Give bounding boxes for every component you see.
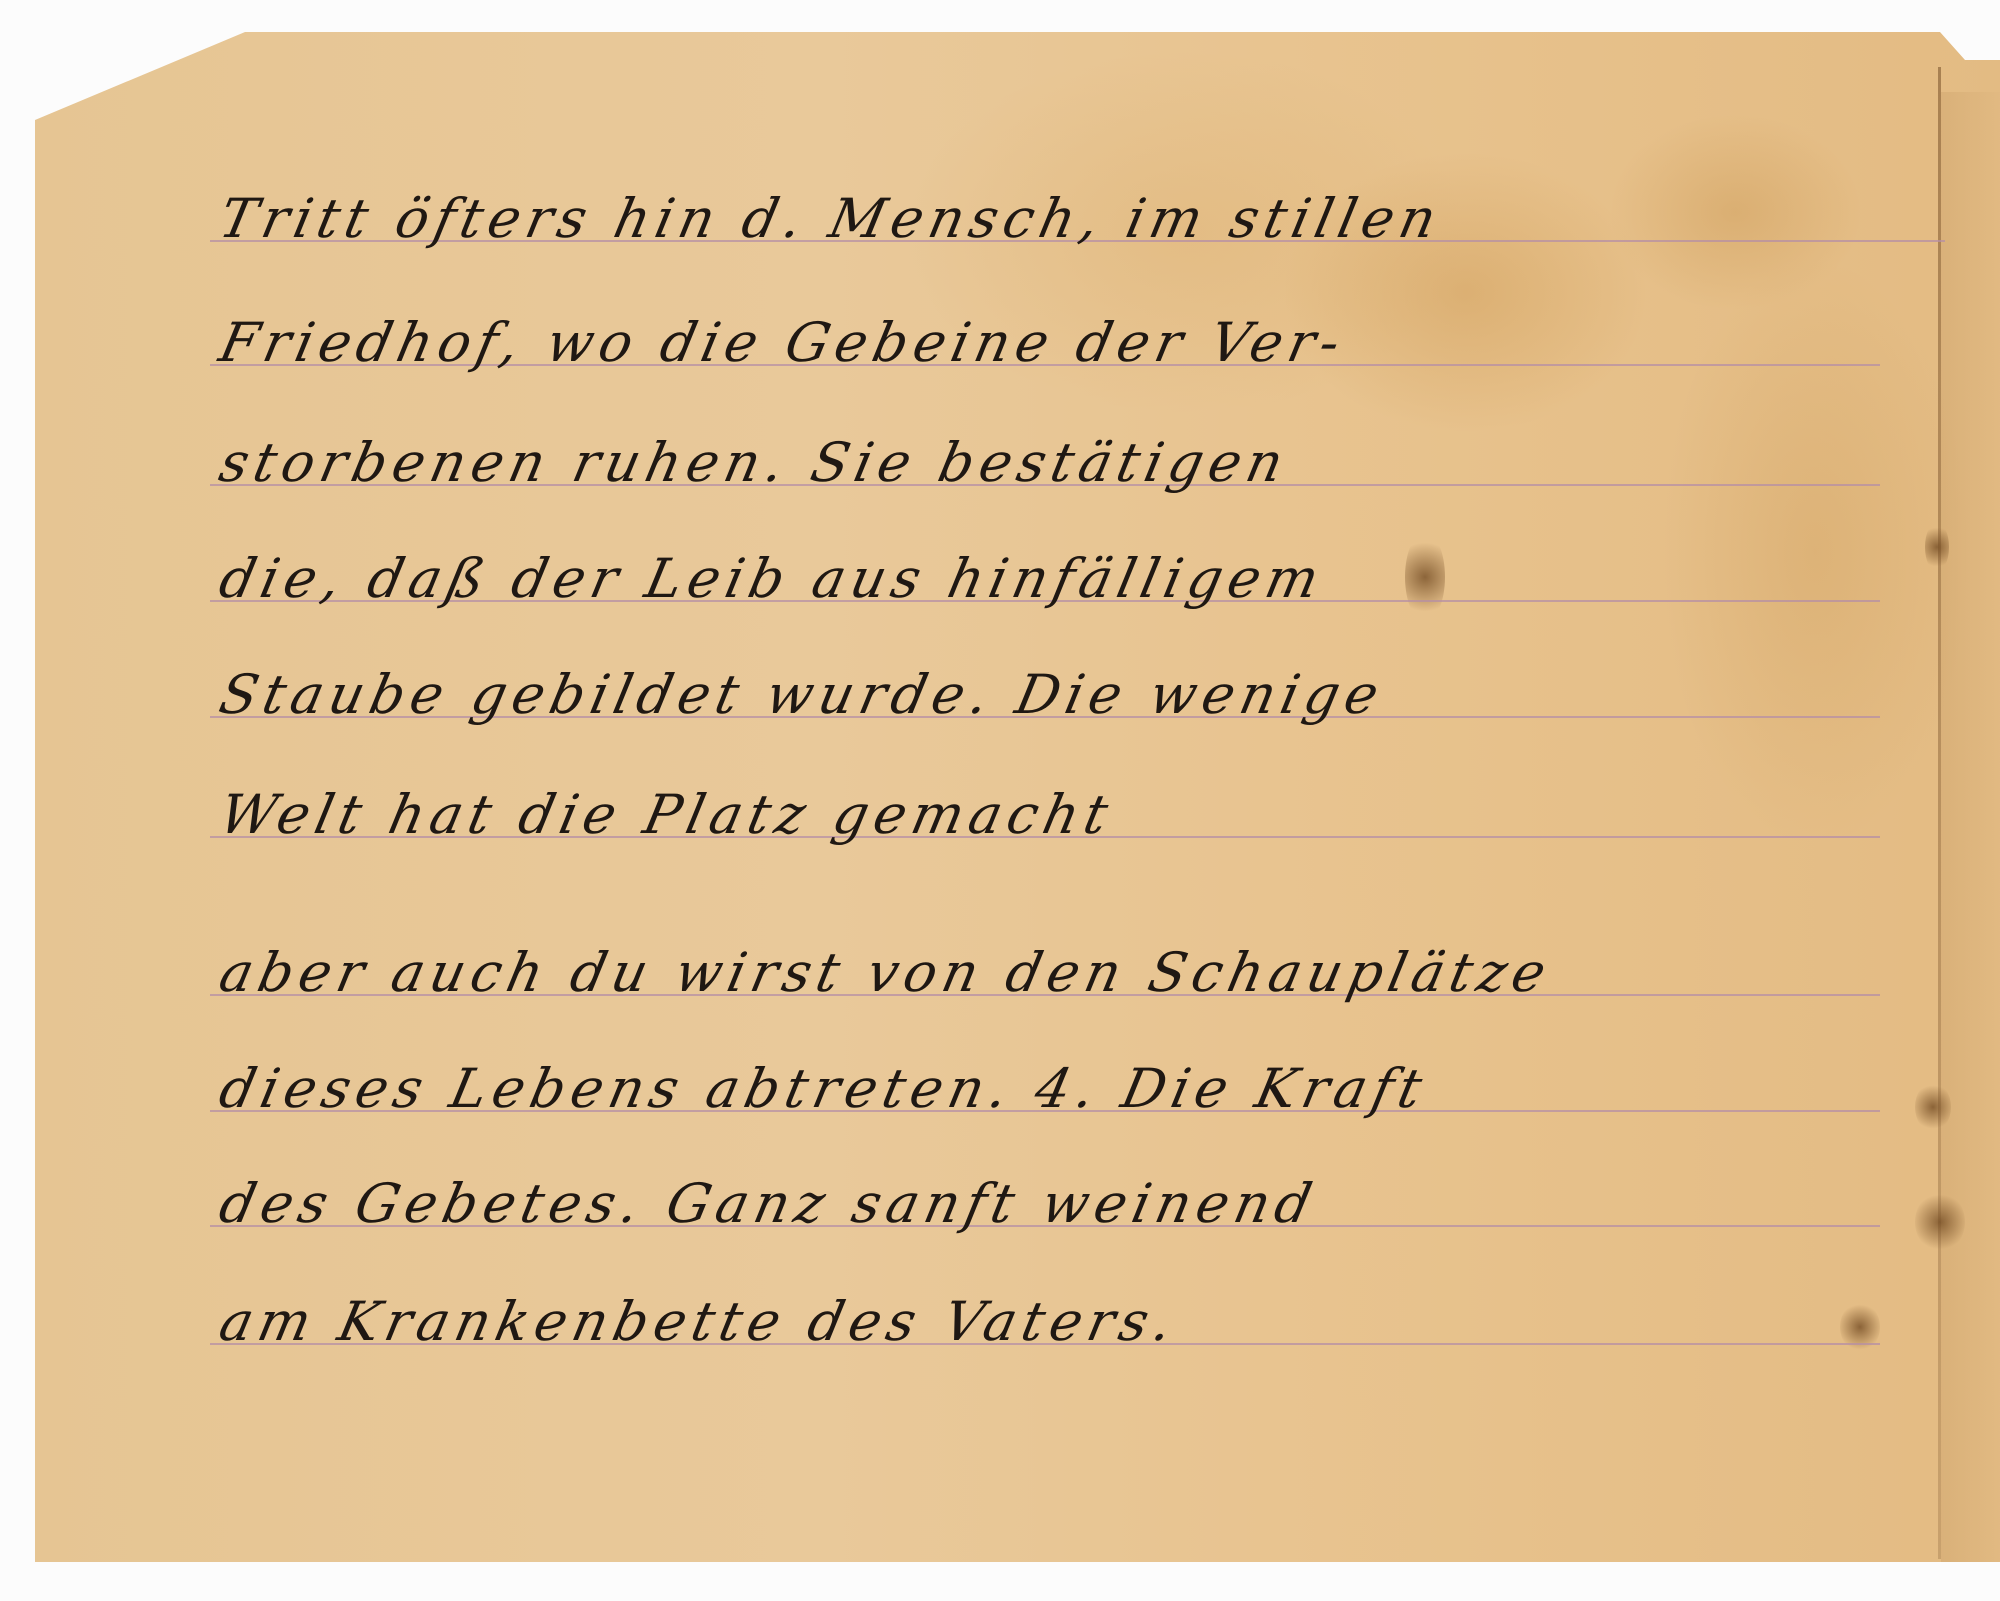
ink-stain xyxy=(1915,1082,1951,1132)
manuscript-line-3: storbenen ruhen. Sie bestätigen xyxy=(215,436,1294,490)
manuscript-line-2: Friedhof, wo die Gebeine der Ver- xyxy=(215,316,1350,370)
ink-stain xyxy=(1405,532,1445,622)
binding-fold-strip xyxy=(1941,92,2000,1562)
ink-stain xyxy=(1915,1192,1965,1252)
scanned-page: Tritt öfters hin d. Mensch, im stillen F… xyxy=(0,0,2000,1601)
manuscript-line-7: aber auch du wirst von den Schauplätze xyxy=(215,946,1556,1000)
manuscript-line-4: die, daß der Leib aus hinfälligem xyxy=(215,552,1329,606)
manuscript-line-5: Staube gebildet wurde. Die wenige xyxy=(215,668,1389,722)
manuscript-line-6: Welt hat die Platz gemacht xyxy=(215,788,1118,842)
manuscript-line-8: dieses Lebens abtreten. 4. Die Kraft xyxy=(215,1062,1432,1116)
binding-fold-line xyxy=(1938,67,1941,1559)
paper-sheet: Tritt öfters hin d. Mensch, im stillen F… xyxy=(35,32,2000,1562)
manuscript-line-1: Tritt öfters hin d. Mensch, im stillen xyxy=(215,192,1447,246)
ink-stain xyxy=(1925,522,1949,572)
manuscript-line-9: des Gebetes. Ganz sanft weinend xyxy=(215,1177,1322,1231)
manuscript-line-10: am Krankenbette des Vaters. xyxy=(215,1295,1183,1349)
